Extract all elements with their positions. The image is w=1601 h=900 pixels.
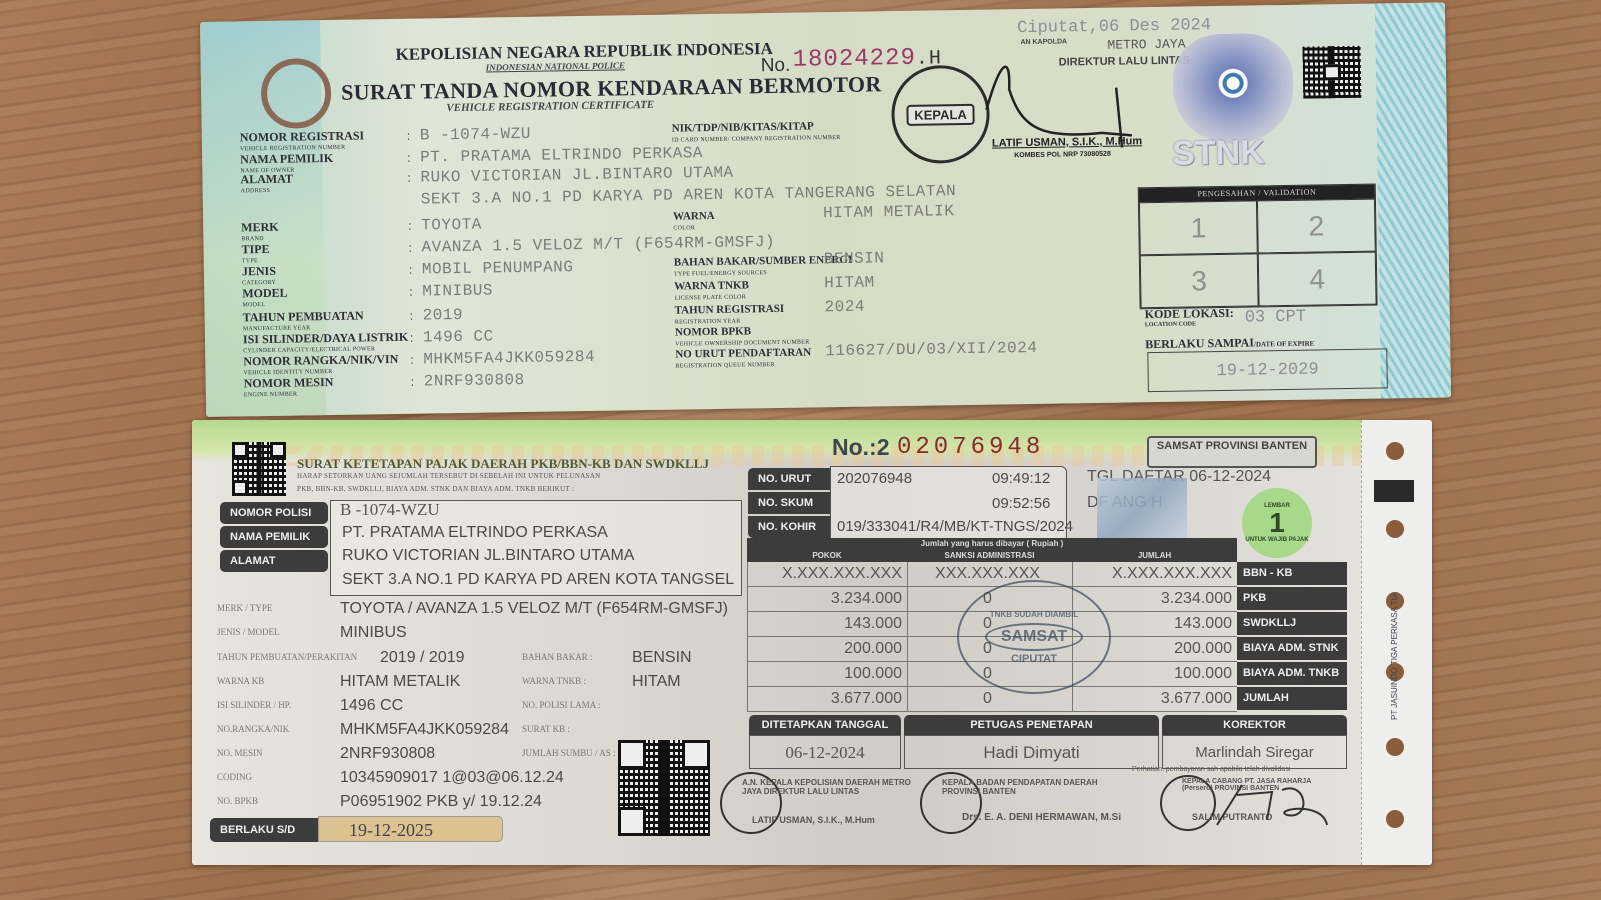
table-cell-pokok: 3.677.000 xyxy=(747,687,907,711)
validation-cell: 4 xyxy=(1258,252,1377,307)
detail-label: NO. POLISI LAMA : xyxy=(522,700,601,710)
punch-hole xyxy=(1386,520,1404,538)
field-value: MHKM5FA4JKK059284 xyxy=(423,348,595,369)
officer-rank: KOMBES POL NRP 73080528 xyxy=(1014,151,1111,160)
detail-label: NO. MESIN xyxy=(217,748,263,758)
field-value: HITAM xyxy=(824,273,875,292)
row-label: BIAYA ADM. TNKB xyxy=(1237,662,1347,685)
field-value: AVANZA 1.5 VELOZ M/T (F654RM-GMSFJ) xyxy=(421,233,775,257)
receipt-title: SURAT KETETAPAN PAJAK DAERAH PKB/BBN-KB … xyxy=(297,456,709,472)
no-skum-label: NO. SKUM xyxy=(748,492,830,514)
separator: : xyxy=(408,219,412,233)
row-label: PKB xyxy=(1237,587,1347,610)
korektor-name: Marlindah Siregar xyxy=(1162,735,1347,769)
detail-label: TAHUN PEMBUATAN/PERAKITAN xyxy=(217,652,357,662)
field-value: MINIBUS xyxy=(422,281,493,300)
number-label: No. xyxy=(761,55,791,77)
qr-code-icon xyxy=(618,740,710,836)
agency-name-en: INDONESIAN NATIONAL POLICE xyxy=(486,60,625,72)
separator: : xyxy=(409,263,413,277)
payment-note: Perhatian: pembayaran sah apabila telah … xyxy=(1132,766,1290,773)
signatory-1-name: LATIF USMAN, S.I.K., M.Hum xyxy=(752,815,875,825)
field-value: MOBIL PENUMPANG xyxy=(422,258,574,278)
field-label: NIK/TDP/NIB/KITAS/KITAPID CARD NUMBER/ C… xyxy=(672,120,841,147)
detail-label: JENIS / MODEL xyxy=(217,627,280,637)
validation-cell: 2 xyxy=(1257,199,1376,254)
detail-label: NO. BPKB xyxy=(217,796,258,806)
berlaku-date: 19-12-2025 xyxy=(318,816,503,842)
receipt-subtitle: PKB, BBN-KB, SWDKLLJ, BIAYA ADM. STNK DA… xyxy=(297,485,574,493)
nomor-polisi: B -1074-WZU xyxy=(340,500,440,520)
qr-code-icon xyxy=(232,442,286,496)
stnk-certificate: KEPOLISIAN NEGARA REPUBLIK INDONESIA IND… xyxy=(200,2,1451,417)
field-label: MODELMODEL xyxy=(242,287,288,312)
nama-pemilik-label: NAMA PEMILIK xyxy=(220,526,328,548)
field-value: 2NRF930808 xyxy=(424,371,525,391)
table-cell-pokok: 3.234.000 xyxy=(747,587,907,611)
detail-value: HITAM METALIK xyxy=(340,673,460,691)
petugas-label: PETUGAS PENETAPAN xyxy=(904,715,1159,735)
location-code: 03 CPT xyxy=(1245,308,1307,328)
no-urut-label: NO. URUT xyxy=(748,468,830,490)
korektor-label: KOREKTOR xyxy=(1162,715,1347,735)
punch-hole xyxy=(1386,810,1404,828)
receipt-subtitle: HARAP SETORKAN UANG SEJUMLAH TERSEBUT DI… xyxy=(297,472,600,480)
place-date: Ciputat,06 Des 2024 xyxy=(1017,16,1211,38)
separator: : xyxy=(410,309,414,323)
column-header: SANKSI ADMINISTRASI xyxy=(907,550,1072,562)
separator: : xyxy=(407,129,411,143)
column-header: JUMLAH xyxy=(1072,550,1237,562)
qr-code-icon xyxy=(1303,46,1362,99)
separator: : xyxy=(408,241,412,255)
hologram-sticker-icon xyxy=(1097,478,1187,538)
separator: : xyxy=(410,331,414,345)
detail-label: NO.RANGKA/NIK xyxy=(217,724,289,734)
field-value: 2024 xyxy=(824,298,865,317)
no-kohir-label: NO. KOHIR xyxy=(748,516,830,538)
validation-cell: 1 xyxy=(1139,200,1258,255)
table-cell-pokok: 100.000 xyxy=(747,662,907,686)
detail-label: MERK / TYPE xyxy=(217,603,272,613)
field-label: WARNACOLOR xyxy=(673,210,715,235)
signature-icon xyxy=(1212,780,1332,830)
table-cell-pokok: 143.000 xyxy=(747,612,907,636)
table-cell-pokok: 200.000 xyxy=(747,637,907,661)
kepala-stamp: KEPALA xyxy=(891,65,991,165)
detail-value: 1496 CC xyxy=(340,697,403,715)
location-code-label: KODE LOKASI:LOCATION CODE xyxy=(1145,308,1234,331)
alamat-line-2: SEKT 3.A NO.1 PD KARYA PD AREN KOTA TANG… xyxy=(342,571,734,589)
ditetapkan-label: DITETAPKAN TANGGAL xyxy=(749,715,901,735)
signatory-2-title: KEPALA BADAN PENDAPATAN DAERAH PROVINSI … xyxy=(942,778,1122,796)
separator: : xyxy=(409,285,413,299)
table-caption: Jumlah yang harus dibayar ( Rupiah ) xyxy=(747,538,1237,550)
validation-box: PENGESAHAN / VALIDATION 1 2 3 4 xyxy=(1138,184,1378,310)
detail-value: 2019 / 2019 xyxy=(380,649,465,667)
column-header: POKOK xyxy=(747,550,907,562)
no-urut-time: 09:49:12 xyxy=(992,470,1050,487)
detail-value: HITAM xyxy=(632,673,681,691)
samsat-stamp: TNKB SUDAH DIAMBIL SAMSAT CIPUTAT xyxy=(957,580,1111,694)
field-value: 2019 xyxy=(422,306,463,325)
punch-hole xyxy=(1386,442,1404,460)
detail-label: BAHAN BAKAR : xyxy=(522,652,593,662)
detail-label: SURAT KB : xyxy=(522,724,570,734)
detail-value: MHKM5FA4JKK059284 xyxy=(340,721,509,739)
detail-label: JUMLAH SUMBU / AS : xyxy=(522,748,616,758)
detail-value: 10345909017 1@03@06.12.24 xyxy=(340,769,564,787)
black-mark xyxy=(1374,480,1414,502)
berlaku-label: BERLAKU S/D xyxy=(210,818,318,842)
document-title-en: VEHICLE REGISTRATION CERTIFICATE xyxy=(446,99,654,114)
director-title: DIREKTUR LALU LINTAS xyxy=(1059,54,1190,68)
ditetapkan-date: 06-12-2024 xyxy=(749,735,901,769)
detail-label: CODING xyxy=(217,772,252,782)
alamat-label: ALAMAT xyxy=(220,550,328,572)
detail-value: TOYOTA / AVANZA 1.5 VELOZ M/T (F654RM-GM… xyxy=(340,600,728,618)
validation-cell: 3 xyxy=(1140,253,1259,308)
separator: : xyxy=(410,353,414,367)
field-value: HITAM METALIK xyxy=(823,202,955,222)
field-value: 116627/DU/03/XII/2024 xyxy=(825,339,1037,360)
row-label: BIAYA ADM. STNK xyxy=(1237,637,1347,660)
detail-label: ISI SILINDER / HP. xyxy=(217,700,291,710)
field-label: WARNA TNKBLICENSE PLATE COLOR xyxy=(674,279,749,304)
officer-name: LATIF USMAN, S.I.K., M.Hum xyxy=(992,135,1142,149)
skpd-tax-receipt: SURAT KETETAPAN PAJAK DAERAH PKB/BBN-KB … xyxy=(192,420,1432,865)
field-value: 1496 CC xyxy=(423,327,494,346)
punch-hole xyxy=(1386,738,1404,756)
alamat-line-1: RUKO VICTORIAN JL.BINTARO UTAMA xyxy=(342,547,634,565)
detail-label: WARNA TNKB : xyxy=(522,676,586,686)
security-pattern xyxy=(1375,2,1451,398)
separator: : xyxy=(407,151,411,165)
receipt-number: 02076948 xyxy=(897,434,1044,461)
stnk-hologram-text: STNK xyxy=(1172,133,1265,173)
copy-badge: LEMBAR 1 UNTUK WAJIB PAJAK xyxy=(1242,488,1312,558)
row-label: BBN - KB xyxy=(1237,562,1347,585)
expire-date: 19-12-2029 xyxy=(1147,348,1388,392)
no-urut: 202076948 xyxy=(837,470,912,487)
detail-value: BENSIN xyxy=(632,649,692,667)
field-value: TOYOTA xyxy=(421,216,482,235)
hologram-icon xyxy=(1172,33,1294,145)
detail-value: P06951902 PKB y/ 19.12.24 xyxy=(340,793,542,811)
nama-pemilik: PT. PRATAMA ELTRINDO PERKASA xyxy=(342,524,608,542)
on-behalf: AN KAPOLDA xyxy=(1020,38,1067,46)
nomor-polisi-label: NOMOR POLISI xyxy=(220,502,328,524)
petugas-name: Hadi Dimyati xyxy=(904,735,1159,769)
table-cell-pokok: X.XXX.XXX.XXX xyxy=(747,562,907,586)
detail-value: MINIBUS xyxy=(340,624,407,642)
table-cell-jumlah: 3.677.000 xyxy=(1072,687,1237,711)
field-value: PT. PRATAMA ELTRINDO PERKASA xyxy=(420,144,703,166)
field-label: NOMOR MESINENGINE NUMBER xyxy=(244,376,334,401)
signatory-1-title: A.N. KEPALA KEPOLISIAN DAERAH METRO JAYA… xyxy=(742,778,922,796)
table-row: 3.677.00003.677.000 xyxy=(747,687,1237,712)
strip-text: PT JASUINDO TIGA PERKASA Tbk xyxy=(1390,592,1399,720)
table-cell-jumlah: X.XXX.XXX.XXX xyxy=(1072,562,1237,586)
separator: : xyxy=(411,375,415,389)
receipt-number-label: No.:2 xyxy=(832,434,890,461)
detail-label: WARNA KB xyxy=(217,676,264,686)
field-value: RUKO VICTORIAN JL.BINTARO UTAMA xyxy=(420,164,733,187)
field-label: NO URUT PENDAFTARANREGISTRATION QUEUE NU… xyxy=(675,346,811,372)
no-skum-time: 09:52:56 xyxy=(992,495,1050,512)
field-value: BENSIN xyxy=(824,249,885,268)
field-value: B -1074-WZU xyxy=(420,125,531,145)
region: METRO JAYA xyxy=(1107,37,1185,53)
table-header: POKOK SANKSI ADMINISTRASI JUMLAH xyxy=(747,550,1237,562)
detail-value: 2NRF930808 xyxy=(340,745,435,763)
row-label: JUMLAH xyxy=(1237,687,1347,710)
row-label: SWDKLLJ xyxy=(1237,612,1347,635)
office-label: SAMSAT PROVINSI BANTEN xyxy=(1147,436,1317,468)
table-row: X.XXX.XXX.XXXXXX.XXX.XXXX.XXX.XXX.XXX xyxy=(747,562,1237,587)
signatory-2-name: Drs. E. A. DENI HERMAWAN, M.Si xyxy=(962,812,1121,823)
no-kohir: 019/333041/R4/MB/KT-TNGS/2024 xyxy=(837,518,1073,535)
field-label: ALAMATADDRESS xyxy=(240,173,293,198)
separator: : xyxy=(407,171,411,185)
